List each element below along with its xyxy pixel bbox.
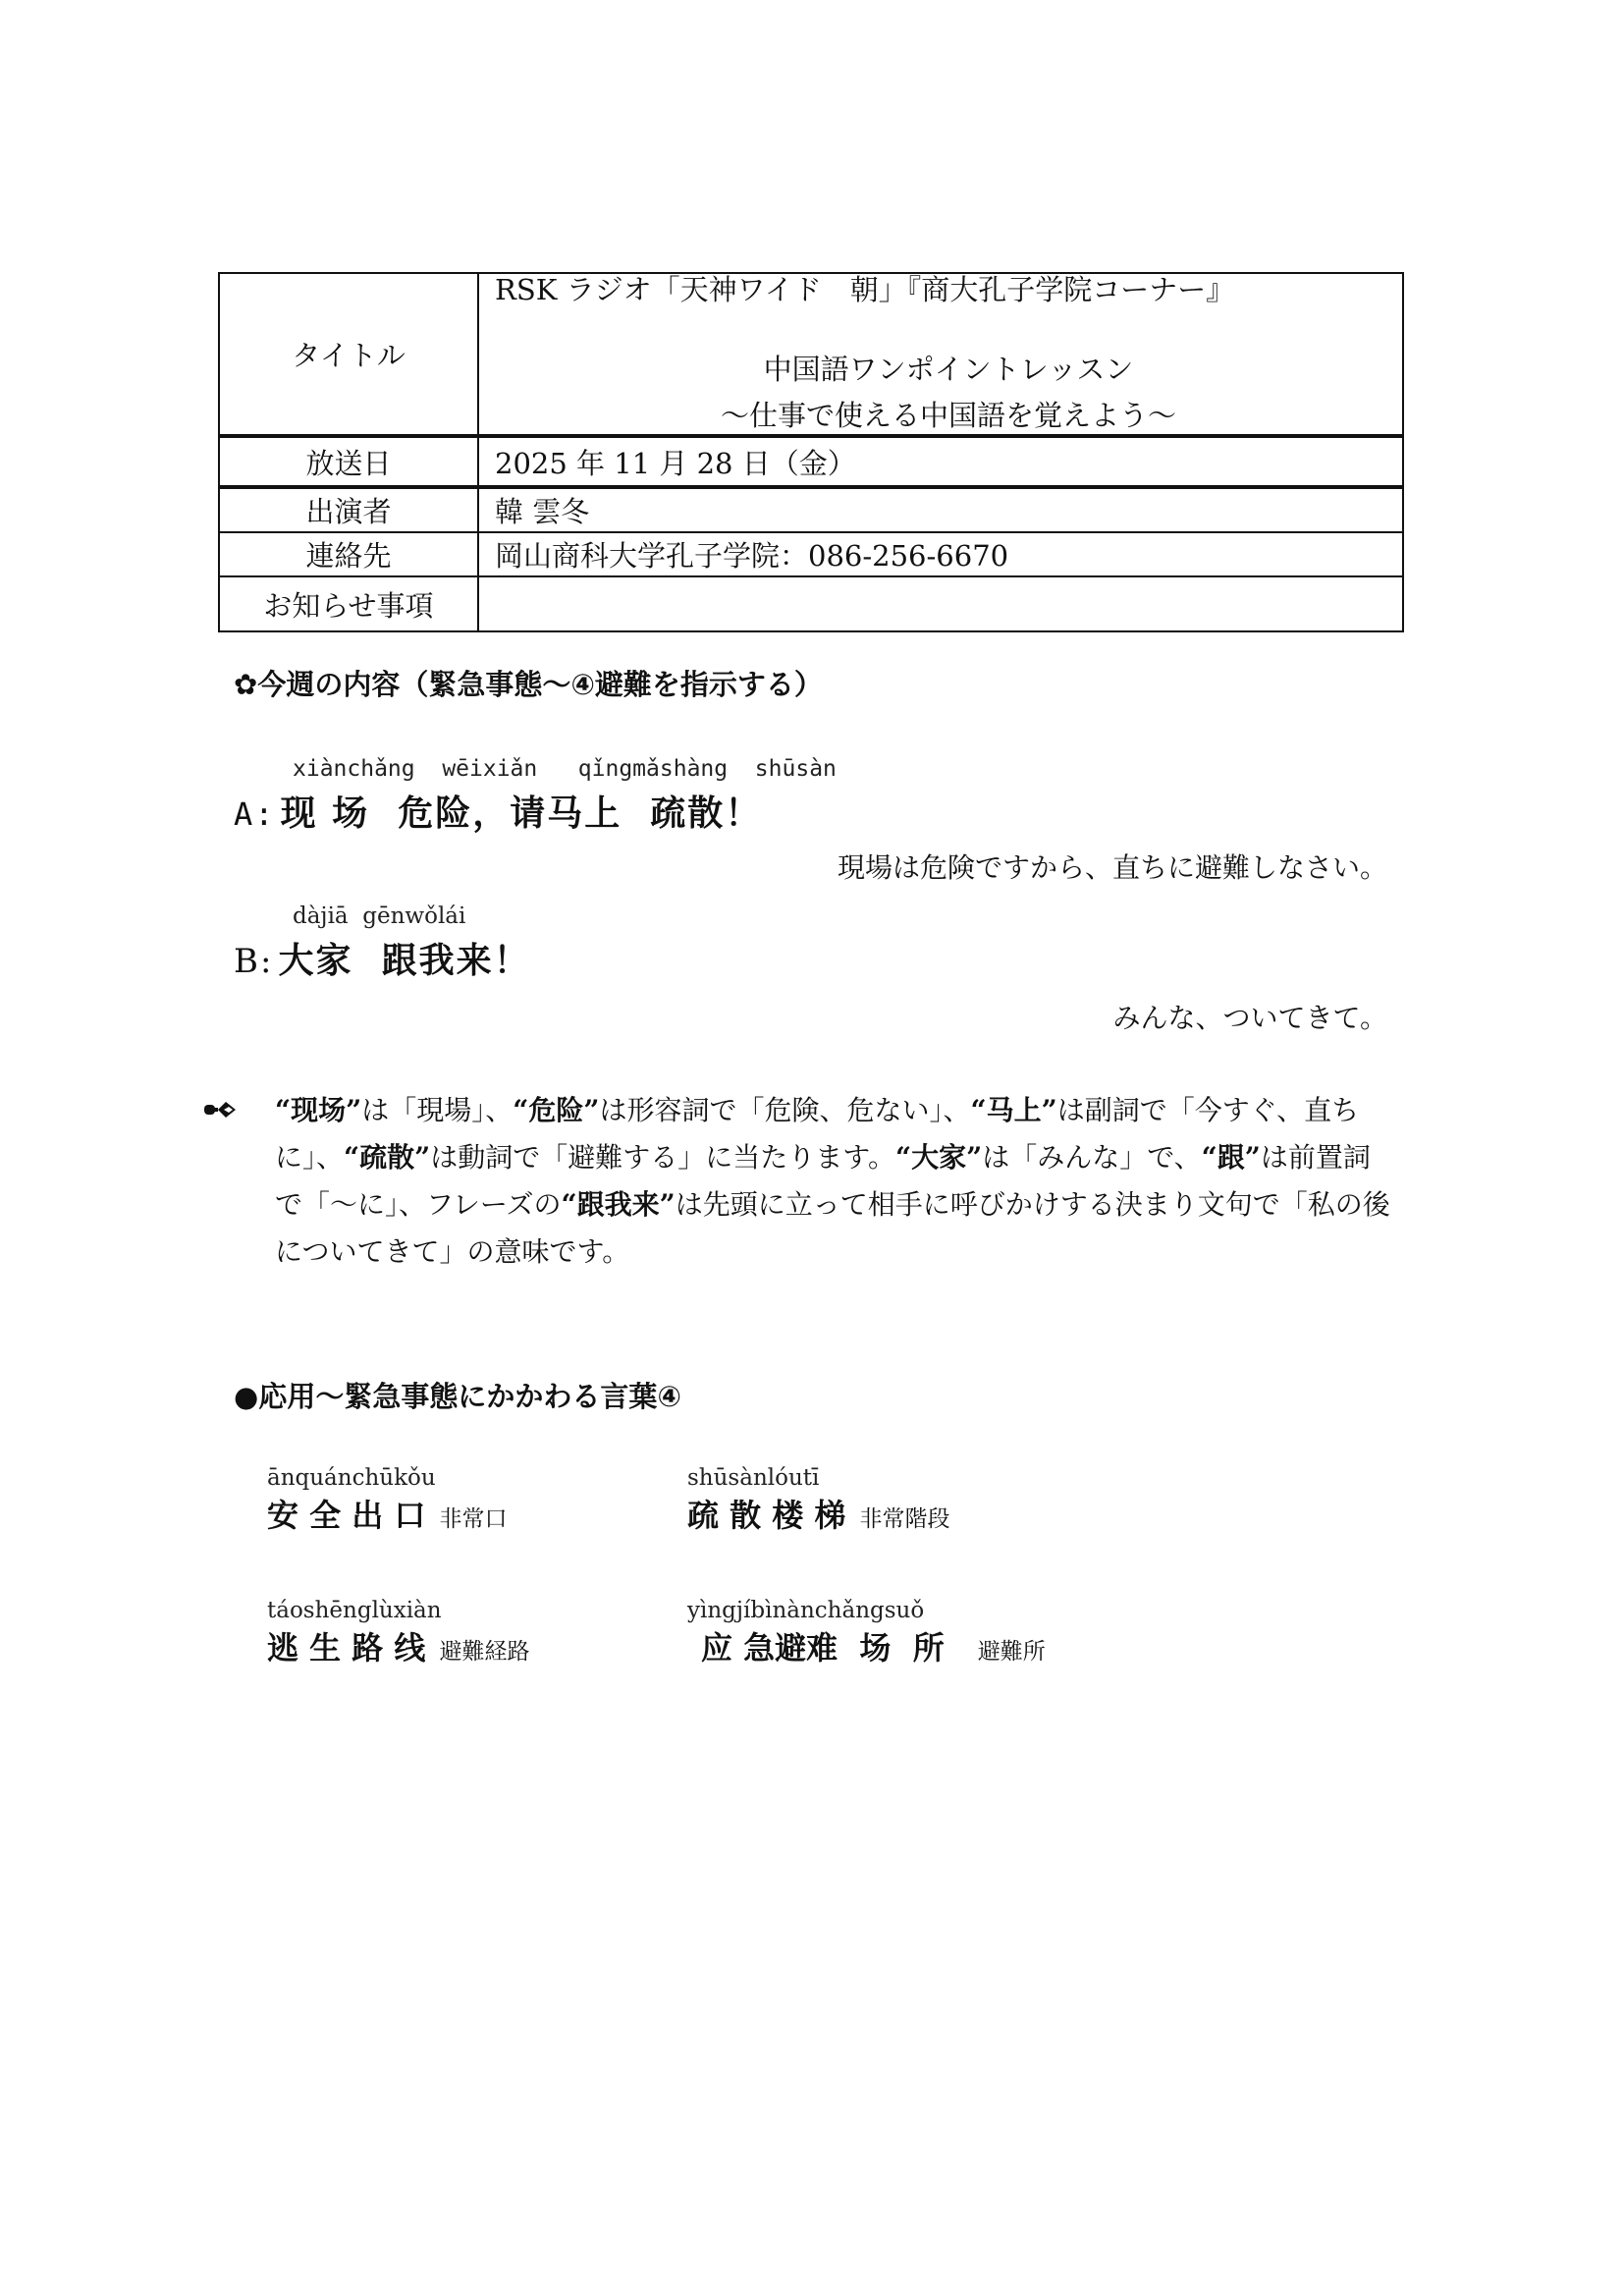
dialogue-line-b: B: 大家 跟我来！ [234,933,531,983]
label-contact: 連絡先 [219,532,478,576]
row-notice: お知らせ事項 [219,576,1403,631]
vocab-meaning: 避難経路 [439,1639,529,1665]
term-highlight: “现场” [275,1094,361,1126]
hanzi-b: 大家 跟我来！ [279,940,531,981]
explanation-text: は「現場」、 [361,1094,513,1126]
vocab-hanzi: 应 急避难 场 所 [701,1629,945,1667]
vocab-pinyin: ānquánchūkǒu [267,1465,507,1491]
vocab-item: táoshēnglùxiàn 逃 生 路 线避難経路 [267,1598,529,1668]
hanzi-a: 现 场 危险，请马上 疏散！ [281,793,763,834]
explanation-text: は動詞で「避難する」に当たります。 [430,1141,895,1174]
dialogue-line-a: A: 现 场 危险，请马上 疏散！ [234,786,762,836]
vocab-hanzi: 安 全 出 口 [267,1497,425,1534]
label-notice: お知らせ事項 [219,576,478,631]
vocab-meaning: 非常階段 [859,1506,949,1532]
section-title: 応用〜緊急事態にかかわる言葉④ [258,1380,681,1413]
vocab-pinyin: táoshēnglùxiàn [267,1598,529,1623]
vocab-item: shūsànlóutī 疏 散 楼 梯非常階段 [687,1465,949,1536]
explanation-paragraph: “现场”は「現場」、“危险”は形容詞で「危険、危ない」、“马上”は副詞で「今すぐ… [275,1087,1394,1276]
vocab-item: yìngjíbìnànchǎngsuǒ 应 急避难 场 所避難所 [687,1598,1046,1668]
term-highlight: “疏散” [344,1141,430,1174]
value-notice [478,576,1403,631]
label-title: タイトル [219,273,478,436]
label-broadcast-date: 放送日 [219,436,478,487]
value-performer: 韓 雲冬 [478,487,1403,532]
pen-nib-icon [204,1100,238,1123]
lesson-title: 中国語ワンポイントレッスン [495,348,1402,388]
section-title: 今週の内容（緊急事態〜④避難を指示する） [257,668,823,701]
bullet-icon: ● [234,1380,258,1413]
value-contact: 岡山商科大学孔子学院：086-256-6670 [478,532,1403,576]
value-broadcast-date: 2025 年 11 月 28 日（金） [478,436,1403,487]
explanation-text: は形容詞で「危険、危ない」、 [599,1094,970,1126]
explanation-text: は「みんな」で、 [982,1141,1201,1174]
row-broadcast-date: 放送日 2025 年 11 月 28 日（金） [219,436,1403,487]
info-table: タイトル RSK ラジオ「天神ワイド 朝」『商大孔子学院コーナー』 中国語ワンポ… [218,272,1404,632]
translation-b: みんな、ついてきて。 [1113,997,1387,1036]
speaker-b: B: [234,942,273,981]
vocab-meaning: 非常口 [439,1506,507,1532]
pinyin-line-b: dàjiā gēnwǒlái [293,903,465,929]
translation-a: 現場は危険ですから、直ちに避難しなさい。 [838,847,1387,886]
program-name: RSK ラジオ「天神ワイド 朝」『商大孔子学院コーナー』 [495,268,1402,308]
row-contact: 連絡先 岡山商科大学孔子学院：086-256-6670 [219,532,1403,576]
flower-icon: ✿ [234,668,257,701]
section-heading-application: ●応用〜緊急事態にかかわる言葉④ [234,1375,681,1415]
term-highlight: “大家” [895,1141,982,1174]
term-highlight: “跟我来” [561,1188,675,1221]
vocab-pinyin: yìngjíbìnànchǎngsuǒ [687,1598,1046,1623]
vocab-pinyin: shūsànlóutī [687,1465,949,1491]
term-highlight: “马上” [970,1094,1056,1126]
row-title: タイトル RSK ラジオ「天神ワイド 朝」『商大孔子学院コーナー』 中国語ワンポ… [219,273,1403,436]
term-highlight: “跟” [1202,1141,1261,1174]
vocab-item: ānquánchūkǒu 安 全 出 口非常口 [267,1465,507,1536]
row-performer: 出演者 韓 雲冬 [219,487,1403,532]
term-highlight: “危险” [513,1094,599,1126]
value-title: RSK ラジオ「天神ワイド 朝」『商大孔子学院コーナー』 中国語ワンポイントレッ… [478,273,1403,436]
label-performer: 出演者 [219,487,478,532]
speaker-a: A: [234,795,276,833]
pinyin-line-a: xiànchǎng wēixiǎn qǐngmǎshàng shūsàn [293,756,837,782]
section-heading-this-week: ✿今週の内容（緊急事態〜④避難を指示する） [234,663,823,703]
vocab-meaning: 避難所 [978,1639,1046,1665]
lesson-subtitle: 〜仕事で使える中国語を覚えよう〜 [495,394,1402,434]
vocab-hanzi: 逃 生 路 线 [267,1629,425,1667]
vocab-hanzi: 疏 散 楼 梯 [687,1497,845,1534]
